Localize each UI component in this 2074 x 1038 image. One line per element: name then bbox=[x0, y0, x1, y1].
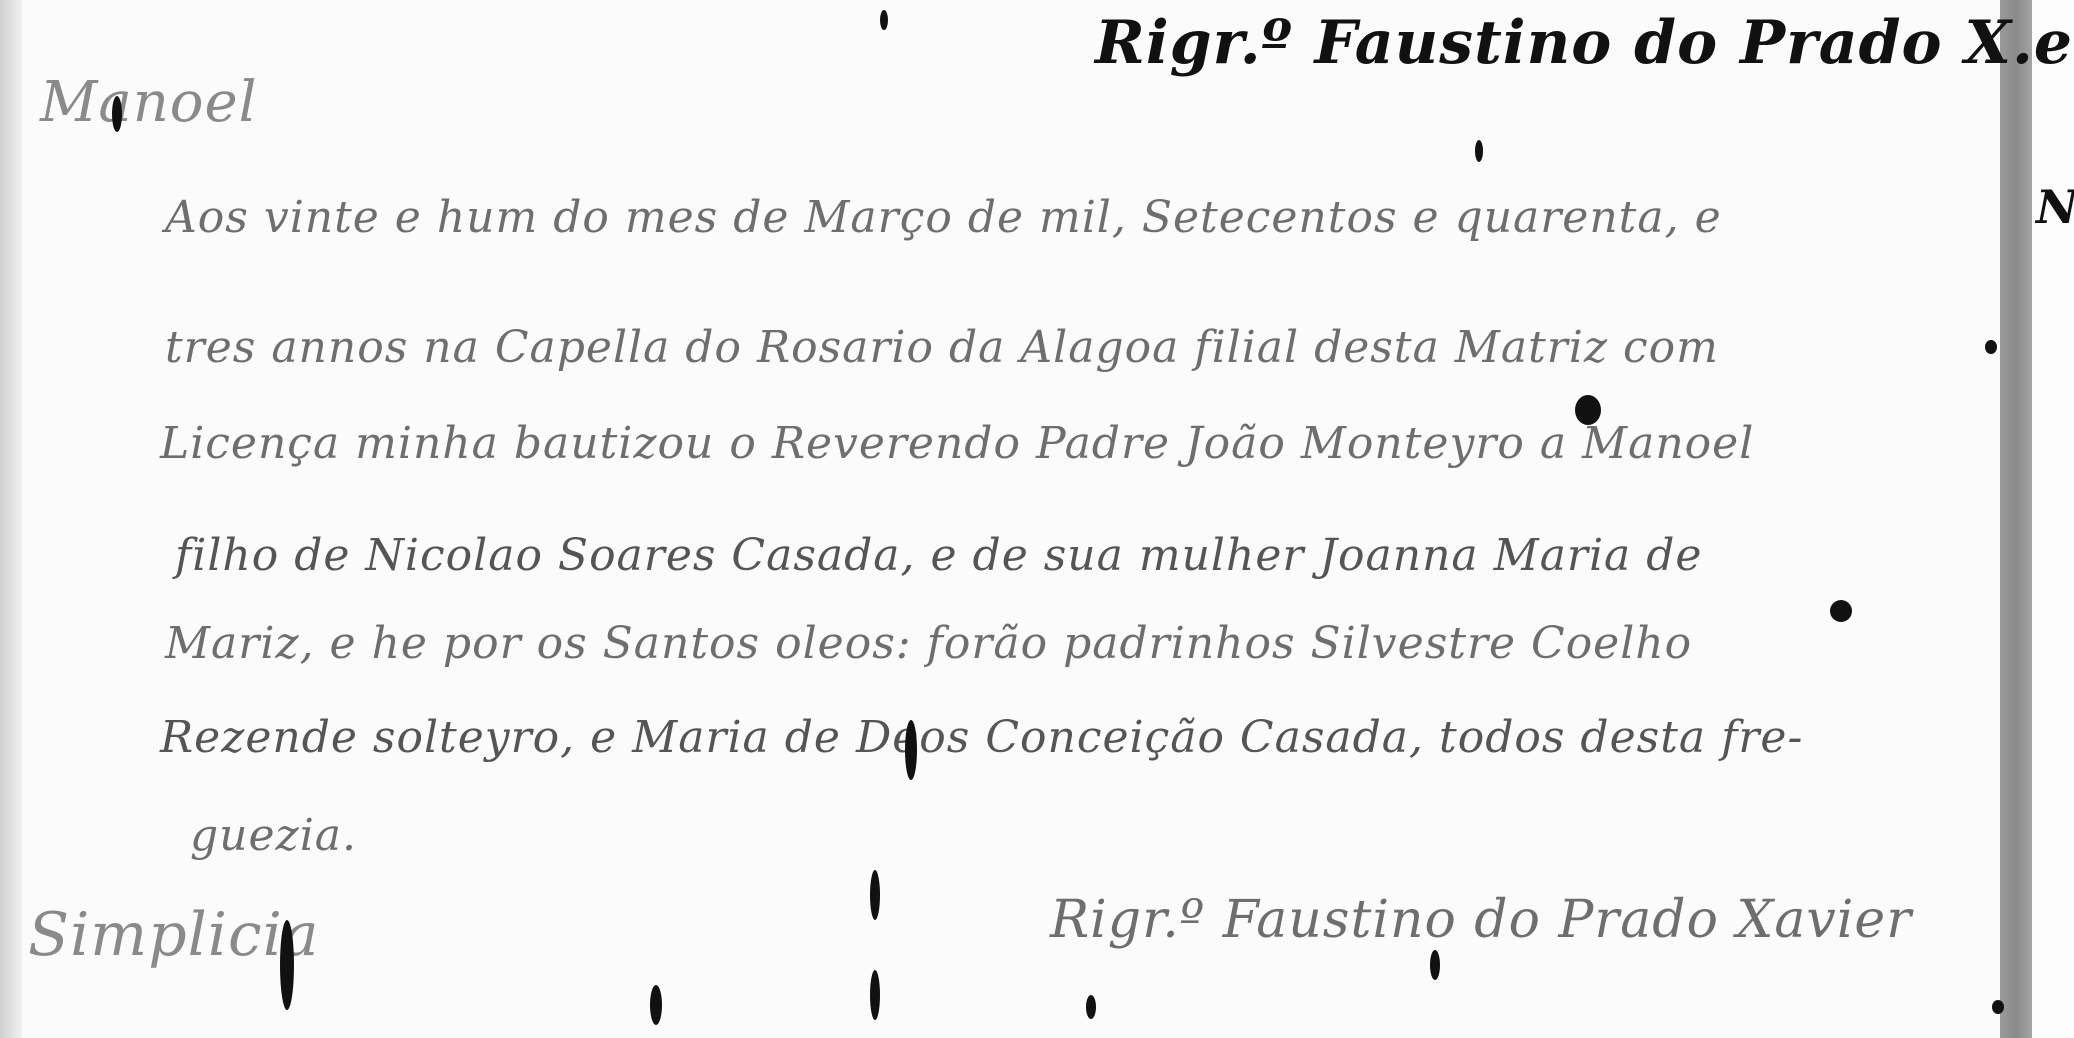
ink-blot bbox=[1992, 1000, 2004, 1014]
ink-blot bbox=[1430, 950, 1440, 980]
ink-blot bbox=[870, 870, 880, 920]
ink-blot bbox=[1830, 600, 1852, 622]
ink-blot bbox=[650, 985, 662, 1025]
adjacent-page-edge: Na bbox=[2032, 0, 2074, 1038]
ink-blot bbox=[1086, 995, 1096, 1019]
header-signature: Rigr.º Faustino do Prado X.er bbox=[1095, 8, 2074, 78]
left-binding-edge bbox=[0, 0, 22, 1038]
ink-blot bbox=[1475, 140, 1483, 162]
adjacent-page-fragment: Na bbox=[2036, 180, 2074, 234]
record-line-4: filho de Nicolao Soares Casada, e de sua… bbox=[175, 530, 1702, 581]
record-line-2: tres annos na Capella do Rosario da Alag… bbox=[165, 322, 1719, 373]
ink-blot bbox=[870, 970, 880, 1020]
ink-blot bbox=[1985, 340, 1997, 354]
record-line-5: Mariz, e he por os Santos oleos: forão p… bbox=[165, 618, 1692, 669]
record-line-1: Aos vinte e hum do mes de Março de mil, … bbox=[165, 192, 1722, 243]
record-line-6: Rezende solteyro, e Maria de Deos Concei… bbox=[160, 712, 1803, 763]
margin-name-top: Manoel bbox=[40, 70, 258, 135]
closing-signature: Rigr.º Faustino do Prado Xavier bbox=[1050, 890, 1912, 950]
ink-blot bbox=[1575, 395, 1601, 425]
ink-blot bbox=[880, 10, 888, 30]
ink-blot bbox=[112, 96, 122, 132]
margin-name-bottom: Simplicia bbox=[28, 900, 320, 970]
ink-blot bbox=[280, 920, 294, 1010]
manuscript-page: Na Rigr.º Faustino do Prado X.er Manoel … bbox=[0, 0, 2074, 1038]
ink-blot bbox=[905, 720, 917, 780]
gutter-shadow bbox=[2000, 0, 2032, 1038]
record-line-3: Licença minha bautizou o Reverendo Padre… bbox=[160, 418, 1754, 469]
record-line-7: guezia. bbox=[190, 810, 357, 861]
